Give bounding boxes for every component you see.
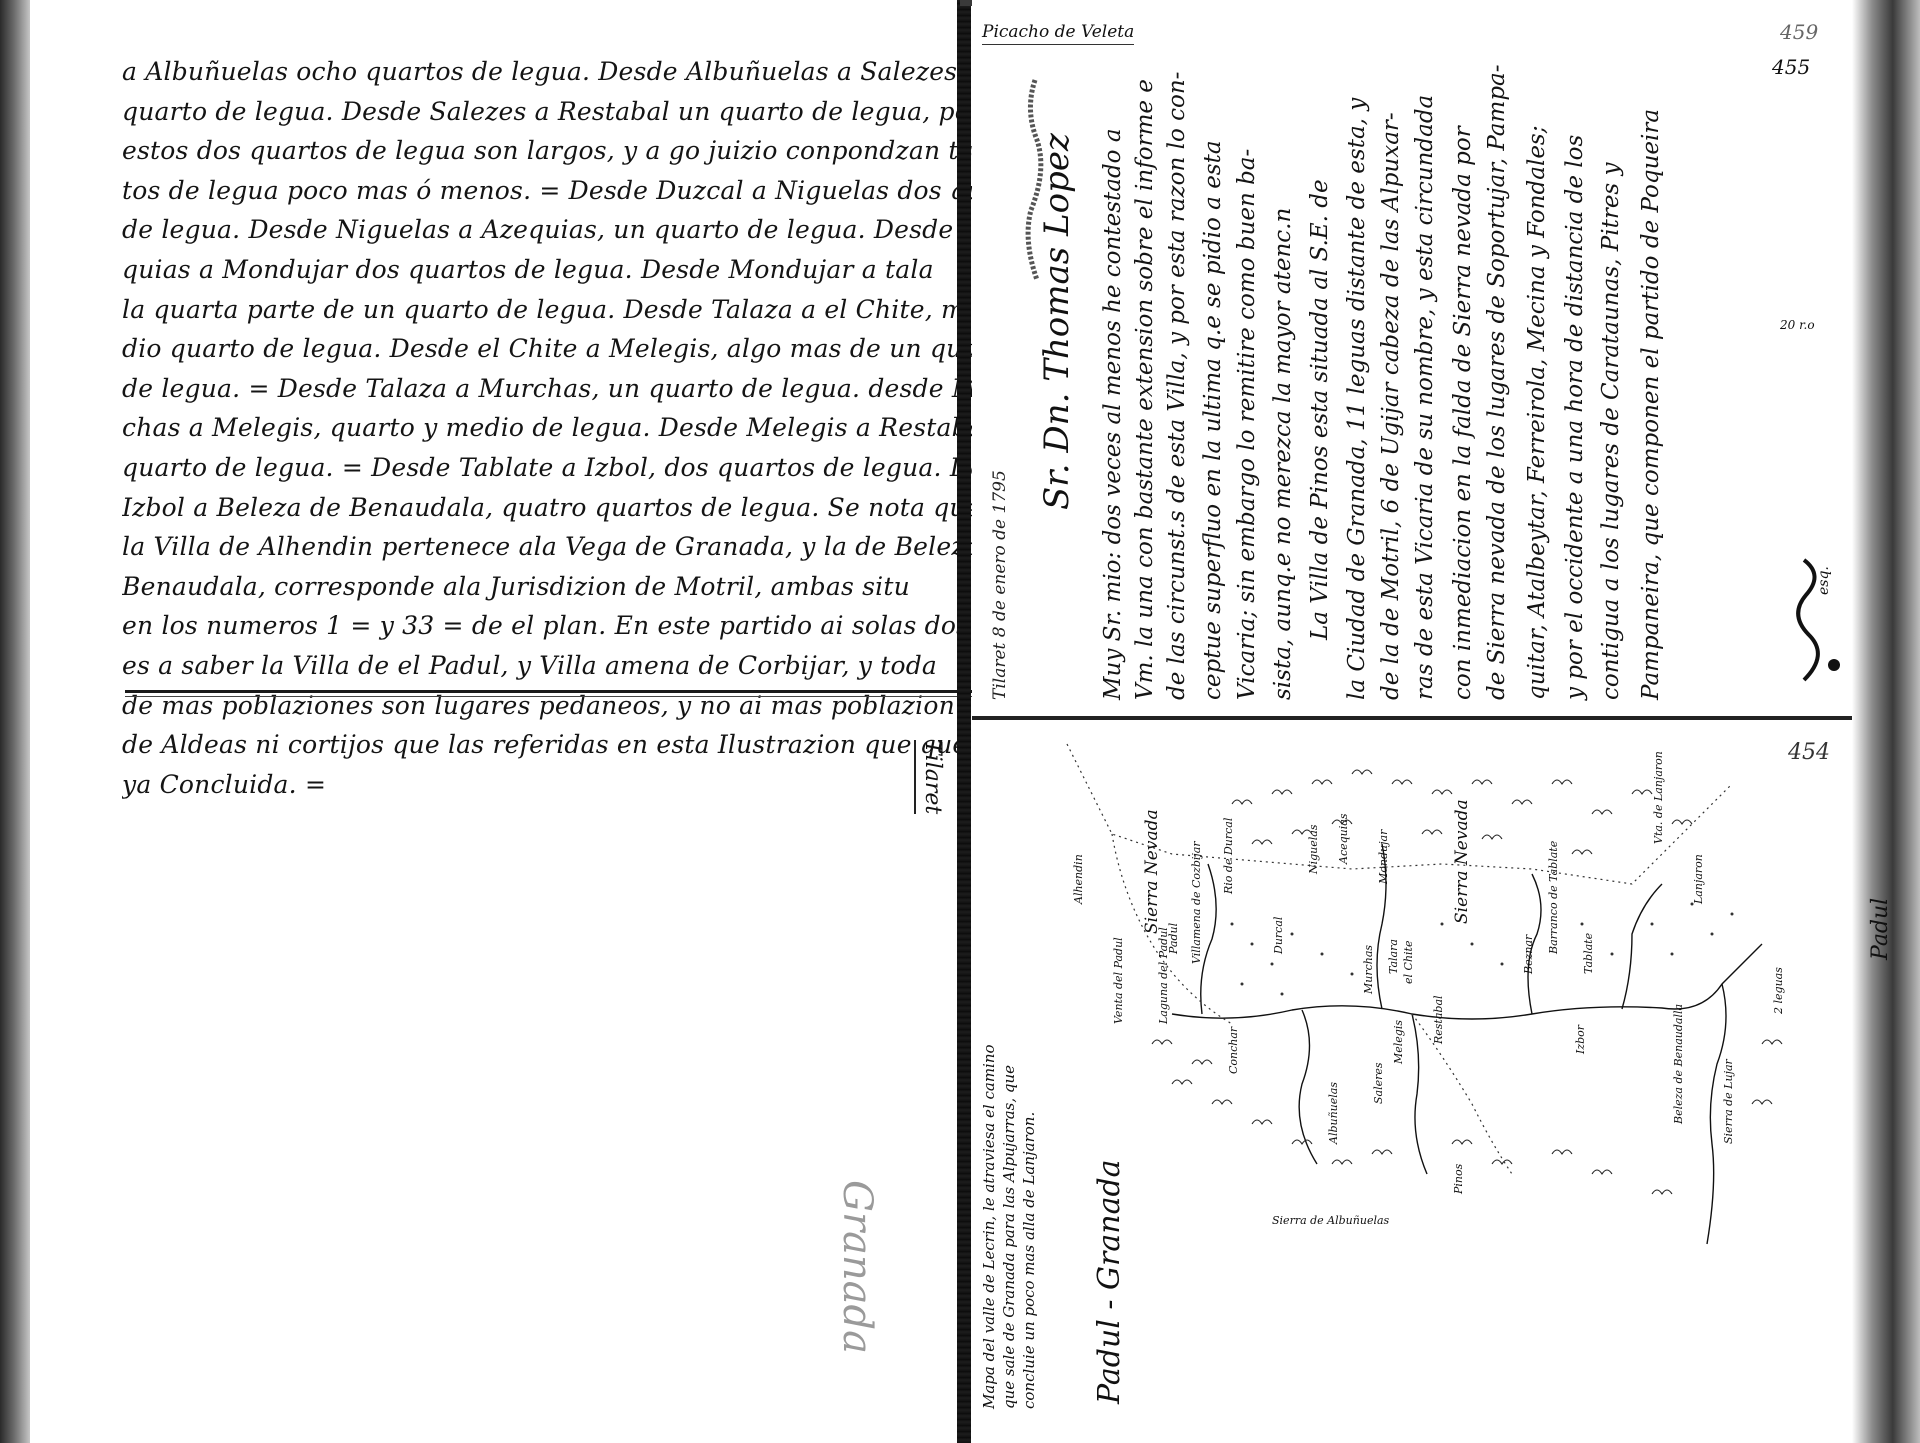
letter-addressee: Sr. Dn. Thomas Lopez <box>1037 133 1077 510</box>
page-number-old: 459 <box>1780 20 1818 44</box>
text-line: chas a Melegis, quarto y medio de legua.… <box>122 408 982 448</box>
letter-line: sista, aunq.e no merezca la mayor atenc.… <box>1270 208 1296 700</box>
letter-line: de las circunst.s de esta Villa, y por e… <box>1164 72 1190 700</box>
text-line: dio quarto de legua. Desde el Chite a Me… <box>122 329 982 369</box>
svg-text:Alhendin: Alhendin <box>1072 854 1085 905</box>
text-line: quias a Mondujar dos quartos de legua. D… <box>122 250 982 290</box>
svg-text:Tablate: Tablate <box>1582 932 1595 974</box>
scan-edge-right <box>1852 0 1920 1443</box>
closing-rule-thin <box>125 696 985 697</box>
svg-text:Sierra Nevada: Sierra Nevada <box>1142 809 1162 934</box>
svg-text:Izbor: Izbor <box>1574 1024 1587 1055</box>
svg-text:Sierra Nevada: Sierra Nevada <box>1452 799 1472 924</box>
svg-text:Venta del Padul: Venta del Padul <box>1112 937 1125 1024</box>
text-line: la quarta parte de un quarto de legua. D… <box>122 290 982 330</box>
letter-line: Vm. la una con bastante extension sobre … <box>1132 79 1158 700</box>
svg-text:Lanjaron: Lanjaron <box>1692 854 1705 905</box>
closing-rule <box>125 690 985 693</box>
text-line: de legua. Desde Niguelas a Azequias, un … <box>122 210 982 250</box>
text-line: de Aldeas ni cortijos que las referidas … <box>122 725 982 765</box>
svg-text:Conchar: Conchar <box>1227 1026 1240 1074</box>
svg-text:Laguna del Padul: Laguna del Padul <box>1157 927 1170 1025</box>
svg-text:Saleres: Saleres <box>1372 1062 1385 1104</box>
letter-line: la Ciudad de Granada, 11 leguas distante… <box>1344 98 1370 700</box>
letter-line: quitar, Atalbeytar, Ferreirola, Mecina y… <box>1524 126 1550 700</box>
text-line: quarto de legua. = Desde Tablate a Izbol… <box>122 448 982 488</box>
text-line: estos dos quartos de legua son largos, y… <box>122 131 982 171</box>
svg-text:Melegis: Melegis <box>1392 1020 1405 1065</box>
text-line: de legua. = Desde Talaza a Murchas, un q… <box>122 369 982 409</box>
text-line: en los numeros 1 = y 33 = de el plan. En… <box>122 606 982 646</box>
text-line: es a saber la Villa de el Padul, y Villa… <box>122 646 982 686</box>
attached-letter: Picacho de Veleta Tilaret 8 de enero de … <box>972 0 1852 725</box>
letter-line: de Sierra nevada de los lugares de Sopor… <box>1484 64 1510 700</box>
letter-line: Muy Sr. mio: dos veces al menos he conte… <box>1100 128 1126 700</box>
svg-text:el Chite: el Chite <box>1402 940 1415 984</box>
letter-line: Pampaneira, que componen el partido de P… <box>1638 109 1664 700</box>
svg-text:esq.: esq. <box>1816 566 1832 595</box>
letter-line: La Villa de Pinos esta situada al S.E. d… <box>1307 179 1333 640</box>
svg-text:Acequias: Acequias <box>1337 813 1350 865</box>
hand-drawn-map: 454 Mapa del valle de Lecrin, le atravie… <box>972 724 1852 1443</box>
text-line: a Albuñuelas ocho quartos de legua. Desd… <box>122 52 982 92</box>
text-line: quarto de legua. Desde Salezes a Restaba… <box>122 92 982 132</box>
svg-text:Durcal: Durcal <box>1272 916 1285 955</box>
letter-date-note: Tilaret 8 de enero de 1795 <box>990 470 1010 700</box>
letter-header-note: Picacho de Veleta <box>982 22 1134 42</box>
svg-text:Pinos: Pinos <box>1452 1163 1465 1195</box>
svg-text:Mondujar: Mondujar <box>1377 829 1390 885</box>
svg-text:Albuñuelas: Albuñuelas <box>1327 1082 1340 1145</box>
svg-text:Beznar: Beznar <box>1522 934 1535 975</box>
text-line: Izbol a Beleza de Benaudala, quatro quar… <box>122 488 982 528</box>
letter-line: ceptue superfluo en la ultima q.e se pid… <box>1200 140 1226 700</box>
left-page: a Albuñuelas ocho quartos de legua. Desd… <box>30 0 960 1443</box>
svg-text:Beleza de Benaudalla: Beleza de Benaudalla <box>1672 1004 1685 1125</box>
letter-line: ras de esta Vicaria de su nombre, y esta… <box>1412 95 1438 700</box>
svg-text:Barranco de Tablate: Barranco de Tablate <box>1547 840 1560 955</box>
svg-text:Restabal: Restabal <box>1432 995 1445 1045</box>
letter-small-note: 20 r.o <box>1780 318 1815 332</box>
letter-line: Vicaria; sin embargo lo remitire como bu… <box>1234 149 1260 700</box>
svg-text:Sierra de Lujar: Sierra de Lujar <box>1722 1058 1735 1144</box>
svg-text:Talara: Talara <box>1387 939 1400 974</box>
margin-note: Tilaret <box>920 740 945 814</box>
letter-bottom-edge <box>972 716 1852 720</box>
svg-text:Niguelas: Niguelas <box>1307 824 1320 875</box>
text-line: tos de legua poco mas ó menos. = Desde D… <box>122 171 982 211</box>
svg-text:Villamena de Cozbijar: Villamena de Cozbijar <box>1190 841 1203 964</box>
svg-text:Rio de Durcal: Rio de Durcal <box>1222 817 1235 895</box>
signature-flourish: esq. <box>1784 555 1852 685</box>
right-edge-note: Padul <box>1868 898 1893 960</box>
page-number: 455 <box>1772 55 1810 79</box>
text-line: Benaudala, corresponde ala Jurisdizion d… <box>122 567 982 607</box>
faint-margin-word: Granada <box>834 1180 880 1354</box>
text-line: la Villa de Alhendin pertenece ala Vega … <box>122 527 982 567</box>
map-drawing: Sierra Nevada Sierra Nevada Alhendin Pad… <box>972 724 1852 1443</box>
svg-text:Murchas: Murchas <box>1362 945 1375 995</box>
svg-text:Sierra de Albuñuelas: Sierra de Albuñuelas <box>1272 1214 1390 1227</box>
letter-line: de la de Motril, 6 de Ugijar cabeza de l… <box>1378 112 1404 700</box>
letter-line: contigua a los lugares de Carataunas, Pi… <box>1598 162 1624 700</box>
text-line: ya Concluida. = <box>122 765 982 805</box>
letter-line: y por el occidente a una hora de distanc… <box>1562 135 1588 700</box>
letter-line: con inmediacion en la falda de Sierra ne… <box>1450 126 1476 700</box>
svg-text:Vta. de Lanjaron: Vta. de Lanjaron <box>1652 751 1665 844</box>
book-spine <box>957 0 971 1443</box>
